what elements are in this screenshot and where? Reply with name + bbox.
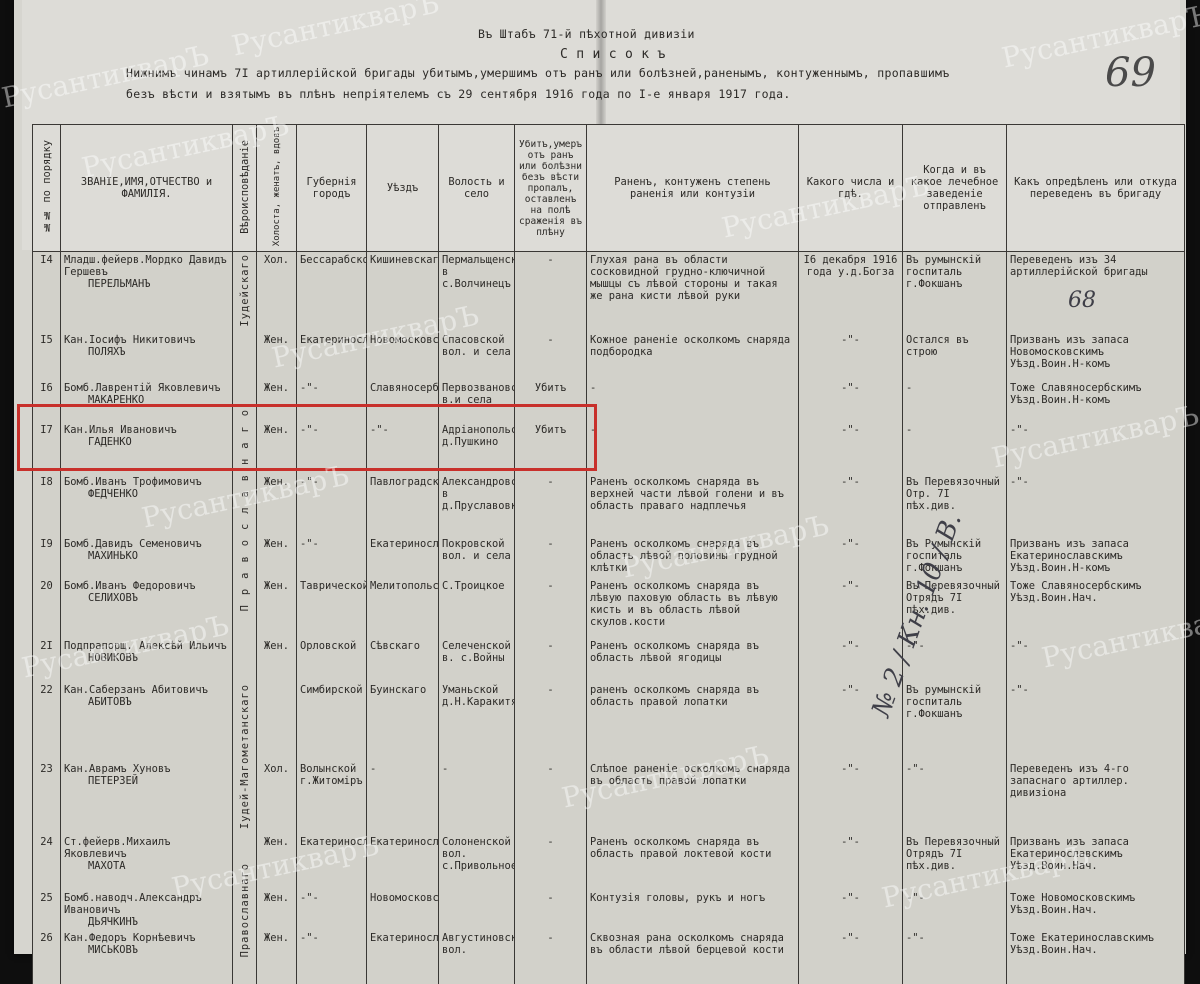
cell-num: I6 [33,380,61,422]
header-marital: Холоста, женатъ, вдовъ [257,125,297,252]
cell-district: Павлоградскаго [367,474,439,536]
cell-marital: Хол. [257,761,297,834]
cell-fate: - [515,578,587,638]
cell-origin: Призванъ изъ запаса Новомосковскимъ Уѣзд… [1007,332,1185,380]
cell-marital: Жен. [257,422,297,474]
cell-fate: - [515,761,587,834]
cell-hospital: Въ Перевязочный Отрядъ 7I пѣх.див. [903,578,1007,638]
cell-religion: Православнаго [233,834,257,984]
header-religion: Вѣроисповѣданіе [233,125,257,252]
cell-province: Екатеринославской [297,332,367,380]
cell-wound: - [587,422,799,474]
cell-date-place: -"- [799,638,903,682]
cell-marital: Жен. [257,578,297,638]
header-date-place: Какого числа и гдѣ. [799,125,903,252]
cell-religion: Православнаго [233,332,257,682]
cell-name: Бомб.Иванъ ТрофимовичъФЕДЧЕНКО [61,474,233,536]
cell-date-place: -"- [799,682,903,761]
table-row: I7Кан.Илья ИвановичъГАДЕНКОЖен.-"--"-Адр… [33,422,1185,474]
cell-origin: Тоже Славяносербскимъ Уѣзд.Воин.Нач. [1007,578,1185,638]
given-names: Кан.Іосифъ Никитовичъ [64,334,195,346]
cell-hospital: -"- [903,930,1007,984]
table-row: I4Младш.фейерв.Мордко Давидъ ГершевъПЕРЕ… [33,252,1185,332]
cell-marital: Жен. [257,930,297,984]
cell-num: 22 [33,682,61,761]
cell-province: -"- [297,890,367,930]
cell-province: Екатеринославской [297,834,367,890]
cell-name: Младш.фейерв.Мордко Давидъ ГершевъПЕРЕЛЬ… [61,252,233,332]
cell-fate: - [515,474,587,536]
religion-label: Іудейскаго [239,254,251,327]
given-names: Бомб.наводч.Александръ Ивановичъ [64,892,202,916]
header-num: №№ по порядку [33,125,61,252]
surname: МАХОТА [64,860,229,872]
cell-date-place: -"- [799,834,903,890]
header-volost: Волость и село [439,125,515,252]
cell-province: Орловской [297,638,367,682]
cell-num: 2I [33,638,61,682]
cell-wound: Слѣпое раненіе осколкомъ снаряда въ обла… [587,761,799,834]
cell-district: -"- [367,422,439,474]
cell-district: Буинскаго [367,682,439,761]
surname: МАКАРЕНКО [64,394,229,406]
casualty-table: №№ по порядку ЗВАНІЕ,ИМЯ,ОТЧЕСТВО и ФАМИ… [32,124,1185,984]
cell-origin: Призванъ изъ запаса Екатеринославскимъ У… [1007,834,1185,890]
cell-marital: Жен. [257,474,297,536]
given-names: Кан.Саберзанъ Абитовичъ [64,684,208,696]
cell-origin: -"- [1007,682,1185,761]
cell-district: Екатеринославскаго [367,536,439,578]
cell-hospital: Въ Перевязочный Отрядъ 7I пѣх.див. [903,834,1007,890]
subtitle-line-2: безъ вѣсти и взятымъ въ плѣнъ непріятеле… [126,87,791,101]
cell-date-place: I6 декабря 1916 года у.д.Богза [799,252,903,332]
table-row: I9Бомб.Давидъ СеменовичъМАХИНЬКОЖен.-"-Е… [33,536,1185,578]
cell-num: 23 [33,761,61,834]
header-province: Губернія городъ [297,125,367,252]
table-row: 25Бомб.наводч.Александръ ИвановичъДЬЯЧКИ… [33,890,1185,930]
given-names: Ст.фейерв.Михаилъ Яковлевичъ [64,836,170,860]
cell-wound: Раненъ осколкомъ снаряда въ область прав… [587,834,799,890]
cell-hospital: Въ Перевязочный Отр. 7I пѣх.див. [903,474,1007,536]
given-names: Бомб.Иванъ Трофимовичъ [64,476,202,488]
cell-district: Новомосковскаго [367,890,439,930]
cell-district: Сѣвскаго [367,638,439,682]
cell-date-place: -"- [799,930,903,984]
cell-volost: - [439,761,515,834]
cell-volost: Адріанопольской д.Пушкино [439,422,515,474]
cell-marital: Жен. [257,890,297,930]
table-row: 24Ст.фейерв.Михаилъ ЯковлевичъМАХОТАПрав… [33,834,1185,890]
cell-district: Кишиневскаго [367,252,439,332]
surname: СЕЛИХОВЪ [64,592,229,604]
table-row: 2IПодпрапорщ. Алексѣй ИльичъНОВИКОВЪЖен.… [33,638,1185,682]
cell-origin: -"- [1007,638,1185,682]
handwritten-page-number: 69 [1105,50,1156,96]
cell-name: Ст.фейерв.Михаилъ ЯковлевичъМАХОТА [61,834,233,890]
surname: ПЕТЕРЗЕЙ [64,775,229,787]
cell-fate: - [515,834,587,890]
surname: ГАДЕНКО [64,436,229,448]
cell-fate: Убитъ [515,422,587,474]
cell-hospital: Остался въ строю [903,332,1007,380]
cell-hospital: - [903,422,1007,474]
cell-fate: - [515,682,587,761]
table-header-row: №№ по порядку ЗВАНІЕ,ИМЯ,ОТЧЕСТВО и ФАМИ… [33,125,1185,252]
cell-marital: Хол. [257,252,297,332]
table-row: I8Бомб.Иванъ ТрофимовичъФЕДЧЕНКОЖен.-"-П… [33,474,1185,536]
cell-wound: Сквозная рана осколкомъ снаряда въ облас… [587,930,799,984]
given-names: Бомб.Лаврентій Яковлевичъ [64,382,220,394]
cell-origin: -"- [1007,422,1185,474]
given-names: Подпрапорщ. Алексѣй Ильичъ [64,640,227,652]
cell-date-place: -"- [799,890,903,930]
surname: МИСЬКОВЪ [64,944,229,956]
header-fate: Убитъ,умеръ отъ ранъ или болѣзни безъ вѣ… [515,125,587,252]
surname: ПОЛЯХЪ [64,346,229,358]
cell-volost: Селеченской в. с.Войны [439,638,515,682]
cell-district: Екатеринославскаго [367,930,439,984]
cell-date-place: -"- [799,422,903,474]
cell-date-place: -"- [799,536,903,578]
cell-province: -"- [297,930,367,984]
cell-district: Новомосковскаго [367,332,439,380]
addressee: Въ Штабъ 71-й пѣхотной дивизіи [478,27,695,41]
cell-date-place: -"- [799,332,903,380]
cell-origin: Призванъ изъ запаса Екатеринославскимъ У… [1007,536,1185,578]
cell-marital: Жен. [257,638,297,682]
cell-wound: Кожное раненіе осколкомъ снаряда подборо… [587,332,799,380]
cell-district: - [367,761,439,834]
cell-wound: Глухая рана въ области сосковидной грудн… [587,252,799,332]
cell-num: I8 [33,474,61,536]
cell-district: Славяносербскаго [367,380,439,422]
given-names: Бомб.Давидъ Семеновичъ [64,538,202,550]
cell-name: Кан.Илья ИвановичъГАДЕНКО [61,422,233,474]
cell-district: Мелитопольскаго [367,578,439,638]
cell-fate: - [515,332,587,380]
cell-fate: - [515,930,587,984]
cell-volost: Пермальщенской в с.Волчинецъ [439,252,515,332]
cell-volost: Спасовской вол. и села [439,332,515,380]
cell-fate: - [515,890,587,930]
cell-fate: - [515,638,587,682]
cell-fate: - [515,252,587,332]
cell-origin: Тоже Екатеринославскимъ Уѣзд.Воин.Нач. [1007,930,1185,984]
surname: НОВИКОВЪ [64,652,229,664]
cell-province: -"- [297,536,367,578]
cell-religion: Іудей-Магометанскаго [233,682,257,834]
given-names: Кан.Федоръ Корнѣевичъ [64,932,195,944]
cell-num: I9 [33,536,61,578]
cell-origin: Тоже Славяносербскимъ Уѣзд.Воин.Н-комъ [1007,380,1185,422]
cell-wound: - [587,380,799,422]
cell-volost: Уманьской д.Н.Каракитямы [439,682,515,761]
table-row: 22Кан.Саберзанъ АбитовичъАБИТОВЪІудей-Ма… [33,682,1185,761]
cell-wound: Раненъ осколкомъ снаряда въ лѣвую пахову… [587,578,799,638]
given-names: Кан.Аврамъ Хуновъ [64,763,170,775]
cell-num: 26 [33,930,61,984]
cell-num: I7 [33,422,61,474]
header-hospital: Когда и въ какое лечебное заведеніе отпр… [903,125,1007,252]
cell-origin: -"- [1007,474,1185,536]
cell-province: Волынской г.Житоміръ [297,761,367,834]
cell-province: Таврической [297,578,367,638]
cell-name: Кан.Іосифъ НикитовичъПОЛЯХЪ [61,332,233,380]
cell-num: I4 [33,252,61,332]
religion-label: Православнаго [239,400,251,611]
cell-name: Кан.Федоръ КорнѣевичъМИСЬКОВЪ [61,930,233,984]
subtitle-line-1: Нижнимъ чинамъ 7I артиллерійской бригады… [126,66,950,80]
table-body: I4Младш.фейерв.Мордко Давидъ ГершевъПЕРЕ… [33,252,1185,984]
table-row: 26Кан.Федоръ КорнѣевичъМИСЬКОВЪЖен.-"-Ек… [33,930,1185,984]
header-wound: Раненъ, контуженъ степень раненія или ко… [587,125,799,252]
given-names: Младш.фейерв.Мордко Давидъ Гершевъ [64,254,227,278]
cell-name: Бомб.Лаврентій ЯковлевичъМАКАРЕНКО [61,380,233,422]
cell-num: I5 [33,332,61,380]
surname: МАХИНЬКО [64,550,229,562]
cell-name: Кан.Аврамъ ХуновъПЕТЕРЗЕЙ [61,761,233,834]
surname: ПЕРЕЛЬМАНЪ [64,278,229,290]
table-row: 23Кан.Аврамъ ХуновъПЕТЕРЗЕЙХол.Волынской… [33,761,1185,834]
cell-volost: Первозвановской в.и села [439,380,515,422]
cell-province: -"- [297,474,367,536]
cell-name: Кан.Саберзанъ АбитовичъАБИТОВЪ [61,682,233,761]
religion-label: Іудей-Магометанскаго [239,684,251,829]
cell-hospital: Въ румынскій госпиталь г.Фокшанъ [903,682,1007,761]
cell-province: Бессарабской [297,252,367,332]
cell-hospital: -"- [903,761,1007,834]
cell-hospital: - [903,380,1007,422]
cell-name: Бомб.наводч.Александръ ИвановичъДЬЯЧКИНЪ [61,890,233,930]
given-names: Бомб.Иванъ Федоровичъ [64,580,195,592]
cell-date-place: -"- [799,578,903,638]
cell-volost [439,890,515,930]
given-names: Кан.Илья Ивановичъ [64,424,177,436]
cell-date-place: -"- [799,474,903,536]
cell-wound: раненъ осколкомъ снаряда въ область прав… [587,682,799,761]
cell-origin: Переведенъ изъ 4-го запаснаго артиллер. … [1007,761,1185,834]
cell-date-place: -"- [799,380,903,422]
cell-volost: Покровской вол. и села [439,536,515,578]
surname: ФЕДЧЕНКО [64,488,229,500]
cell-province: Симбирской [297,682,367,761]
cell-hospital: Въ румынскій госпиталь г.Фокшанъ [903,252,1007,332]
cell-fate: Убитъ [515,380,587,422]
header-name: ЗВАНІЕ,ИМЯ,ОТЧЕСТВО и ФАМИЛІЯ. [61,125,233,252]
cell-volost: Августиновской вол. [439,930,515,984]
cell-province: -"- [297,422,367,474]
cell-wound: Контузія головы, рукъ и ногъ [587,890,799,930]
cell-hospital: -"- [903,638,1007,682]
cell-district: Екатеринославскаго [367,834,439,890]
cell-num: 24 [33,834,61,890]
header-district: Уѣздъ [367,125,439,252]
surname: ДЬЯЧКИНЪ [64,916,229,928]
cell-fate: - [515,536,587,578]
table-row: I6Бомб.Лаврентій ЯковлевичъМАКАРЕНКОЖен.… [33,380,1185,422]
cell-marital: Жен. [257,380,297,422]
cell-origin: Переведенъ изъ 34 артиллерійской бригады [1007,252,1185,332]
cell-province: -"- [297,380,367,422]
cell-volost: Александровской в д.Пруславовка [439,474,515,536]
cell-hospital: Въ Румынскій госпиталь г.Фокшанъ [903,536,1007,578]
cell-hospital: -"- [903,890,1007,930]
cell-origin: Тоже Новомосковскимъ Уѣзд.Воин.Нач. [1007,890,1185,930]
cell-num: 25 [33,890,61,930]
header-origin: Какъ опредѣленъ или откуда переведенъ въ… [1007,125,1185,252]
cell-name: Подпрапорщ. Алексѣй ИльичъНОВИКОВЪ [61,638,233,682]
cell-wound: Раненъ осколкомъ снаряда въ область лѣво… [587,638,799,682]
cell-marital [257,682,297,761]
cell-marital: Жен. [257,332,297,380]
cell-marital: Жен. [257,536,297,578]
surname: АБИТОВЪ [64,696,229,708]
table-row: 20Бомб.Иванъ ФедоровичъСЕЛИХОВЪЖен.Таври… [33,578,1185,638]
cell-name: Бомб.Давидъ СеменовичъМАХИНЬКО [61,536,233,578]
document-title: С п и с о к ъ [560,47,666,62]
cell-wound: Раненъ осколкомъ снаряда въ верхней част… [587,474,799,536]
cell-wound: Раненъ осколкомъ снаряда въ область лѣво… [587,536,799,578]
cell-volost: С.Троицкое [439,578,515,638]
cell-religion: Іудейскаго [233,252,257,332]
cell-name: Бомб.Иванъ ФедоровичъСЕЛИХОВЪ [61,578,233,638]
cell-num: 20 [33,578,61,638]
cell-marital: Жен. [257,834,297,890]
cell-volost: Солоненской вол. с.Привольное [439,834,515,890]
religion-label: Православнаго [239,863,251,957]
cell-date-place: -"- [799,761,903,834]
table-row: I5Кан.Іосифъ НикитовичъПОЛЯХЪПравославна… [33,332,1185,380]
